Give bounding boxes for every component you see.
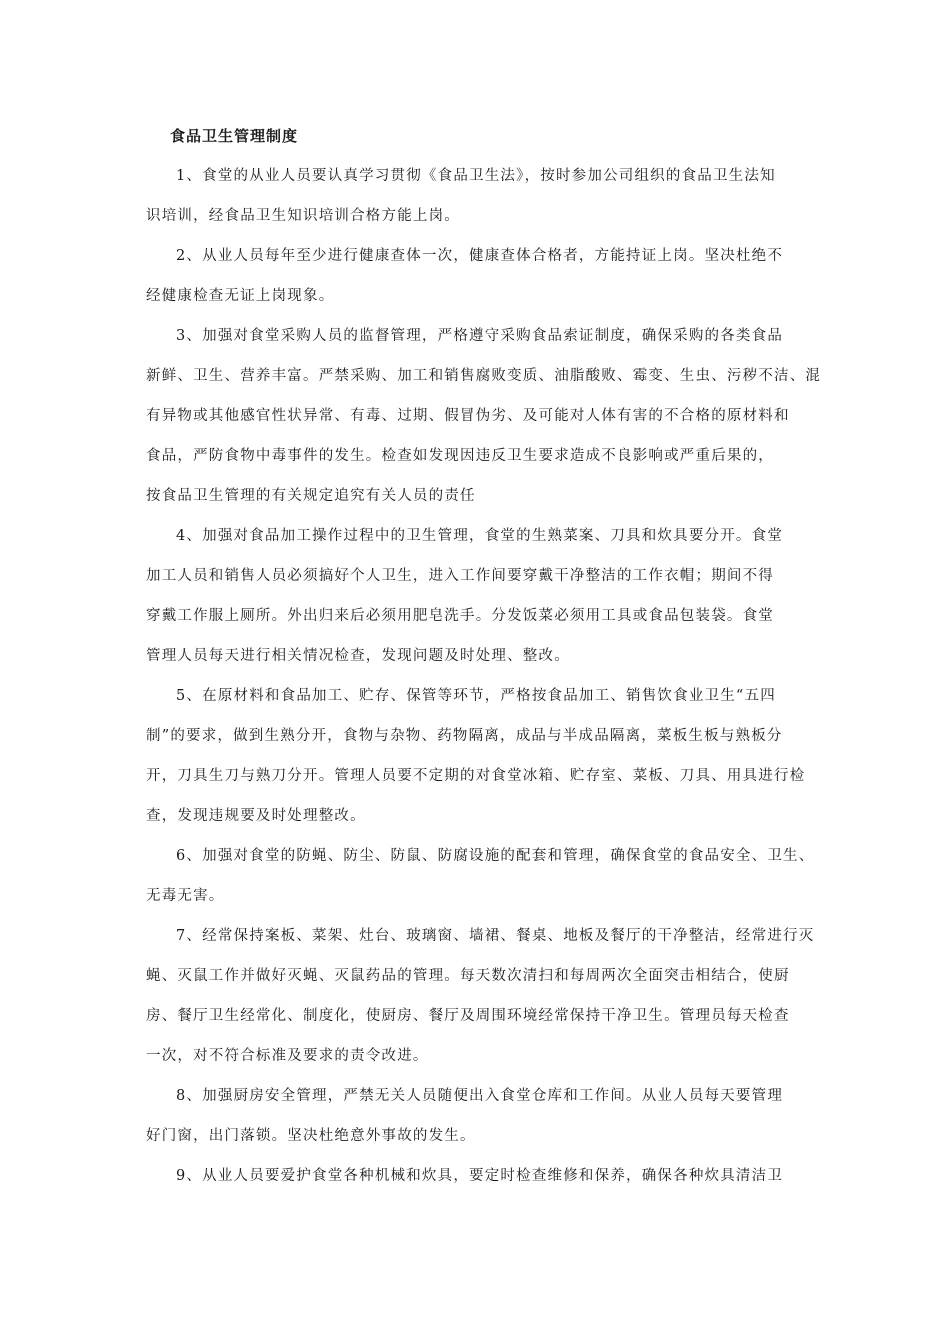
paragraph-first-line: 2、从业人员每年至少进行健康查体一次，健康查体合格者，方能持证上岗。坚决杜绝不 [176, 246, 783, 266]
paragraph-line: 穿戴工作服上厕所。外出归来后必须用肥皂洗手。分发饭菜必须用工具或食品包装袋。食堂 [146, 606, 774, 626]
paragraph-first-line: 5、在原材料和食品加工、贮存、保管等环节，严格按食品加工、销售饮食业卫生“五四 [176, 686, 776, 706]
paragraph-first-line: 3、加强对食堂采购人员的监督管理，严格遵守采购食品索证制度，确保采购的各类食品 [176, 326, 783, 346]
paragraph-line: 有异物或其他感官性状异常、有毒、过期、假冒伪劣、及可能对人体有害的不合格的原材料… [146, 406, 790, 426]
paragraph-line: 加工人员和销售人员必须搞好个人卫生，进入工作间要穿戴干净整洁的工作衣帽；期间不得 [146, 566, 774, 586]
paragraph-line: 新鲜、卫生、营养丰富。严禁采购、加工和销售腐败变质、油脂酸败、霉变、生虫、污秽不… [146, 366, 821, 386]
paragraph-first-line: 8、加强厨房安全管理，严禁无关人员随便出入食堂仓库和工作间。从业人员每天要管理 [176, 1086, 783, 1106]
paragraph-line: 经健康检查无证上岗现象。 [146, 286, 334, 306]
paragraph-line: 蝇、灭鼠工作并做好灭蝇、灭鼠药品的管理。每天数次清扫和每周两次全面突击相结合，使… [146, 966, 790, 986]
paragraph-first-line: 7、经常保持案板、菜架、灶台、玻璃窗、墙裙、餐桌、地板及餐厅的干净整洁，经常进行… [176, 926, 814, 946]
paragraph-line: 好门窗，出门落锁。坚决杜绝意外事故的发生。 [146, 1126, 476, 1146]
paragraph-first-line: 4、加强对食品加工操作过程中的卫生管理，食堂的生熟菜案、刀具和炊具要分开。食堂 [176, 526, 783, 546]
paragraph-first-line: 6、加强对食堂的防蝇、防尘、防鼠、防腐设施的配套和管理，确保食堂的食品安全、卫生… [176, 846, 814, 866]
paragraph-line: 房、餐厅卫生经常化、制度化，使厨房、餐厅及周围环境经常保持干净卫生。管理员每天检… [146, 1006, 790, 1026]
paragraph-line: 一次，对不符合标准及要求的责令改进。 [146, 1046, 429, 1066]
paragraph-line: 识培训，经食品卫生知识培训合格方能上岗。 [146, 206, 460, 226]
paragraph-first-line: 1、食堂的从业人员要认真学习贯彻《食品卫生法》，按时参加公司组织的食品卫生法知 [176, 166, 776, 186]
paragraph-line: 制”的要求，做到生熟分开，食物与杂物、药物隔离，成品与半成品隔离，菜板生板与熟板… [146, 726, 783, 746]
paragraph-line: 管理人员每天进行相关情况检查，发现问题及时处理、整改。 [146, 646, 570, 666]
document-page: 食品卫生管理制度 1、食堂的从业人员要认真学习贯彻《食品卫生法》，按时参加公司组… [0, 0, 950, 1344]
paragraph-line: 查，发现违规要及时处理整改。 [146, 806, 366, 826]
paragraph-line: 食品，严防食物中毒事件的发生。检查如发现因违反卫生要求造成不良影响或严重后果的， [146, 446, 774, 466]
paragraph-line: 按食品卫生管理的有关规定追究有关人员的责任 [146, 486, 476, 506]
paragraph-line: 开，刀具生刀与熟刀分开。管理人员要不定期的对食堂冰箱、贮存室、菜板、刀具、用具进… [146, 766, 805, 786]
document-title: 食品卫生管理制度 [170, 126, 298, 146]
paragraph-line: 无毒无害。 [146, 886, 225, 906]
paragraph-first-line: 9、从业人员要爱护食堂各种机械和炊具，要定时检查维修和保养，确保各种炊具清洁卫 [176, 1166, 783, 1186]
